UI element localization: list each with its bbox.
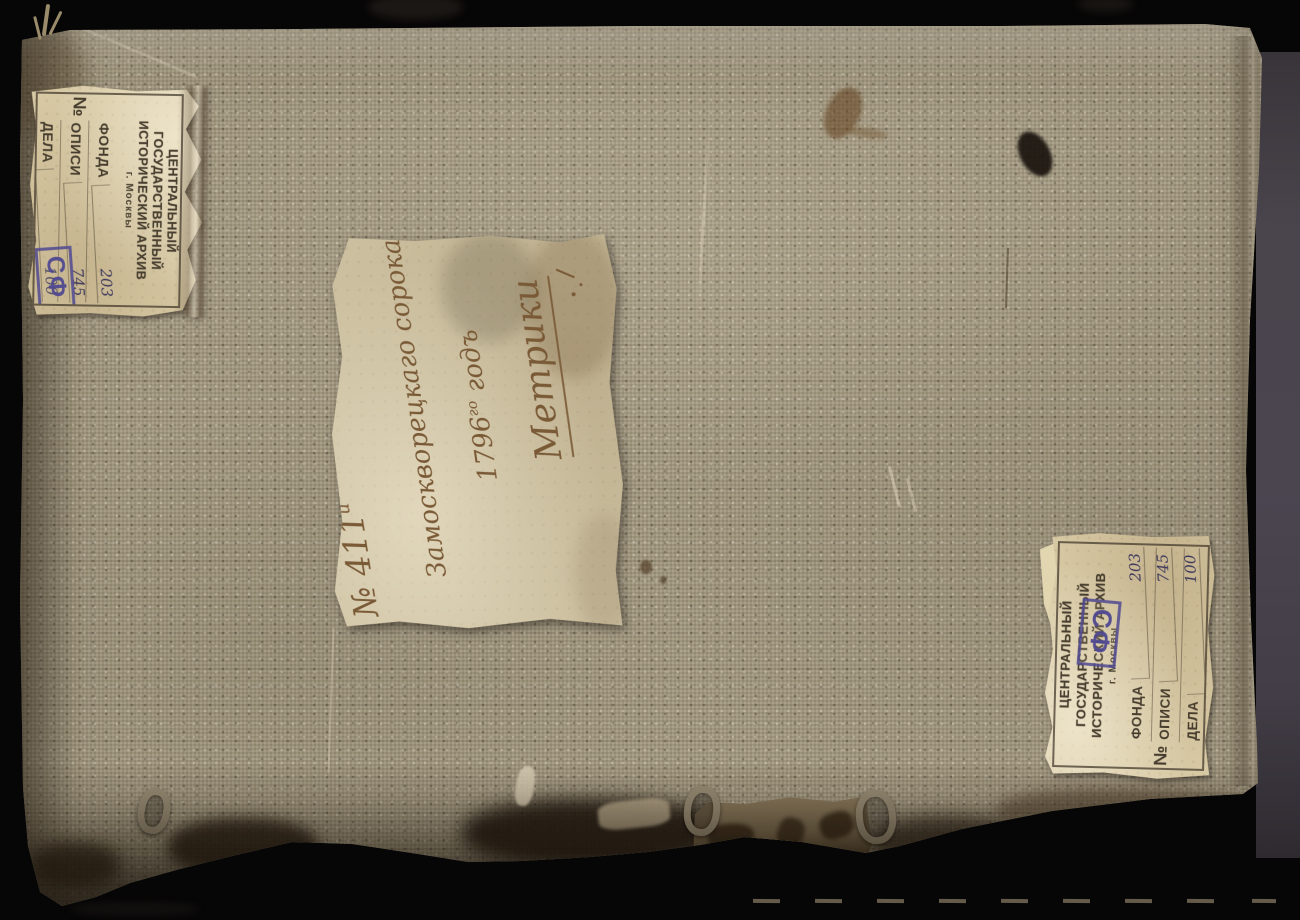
scale-mark bbox=[1187, 899, 1214, 903]
ink-spot bbox=[640, 560, 652, 574]
background-smudge bbox=[70, 903, 200, 915]
scale-mark bbox=[815, 899, 842, 903]
sf-stamp: СФ bbox=[34, 245, 75, 308]
ink-flourish bbox=[579, 283, 582, 286]
delo-row: ДЕЛА 100 bbox=[1178, 548, 1204, 742]
delo-number: 100 bbox=[1180, 548, 1205, 695]
scale-mark bbox=[1252, 899, 1276, 903]
loose-thread bbox=[697, 126, 710, 314]
fond-fields: № ФОНДА 203 ОПИСИ 745 ДЕЛА 100 bbox=[1120, 545, 1208, 769]
frayed-thread bbox=[33, 16, 42, 40]
opis-number: 745 bbox=[1153, 548, 1178, 683]
ink-spot bbox=[660, 576, 667, 584]
fond-row: ФОНДА 203 bbox=[1124, 547, 1149, 741]
archive-label-paper: ЦЕНТРАЛЬНЫЙ ГОСУДАРСТВЕННЫЙ ИСТОРИЧЕСКИЙ… bbox=[1043, 532, 1217, 780]
number-symbol: № bbox=[68, 96, 89, 116]
title-label-paper: № 411й Замоскворецкаго сорока 1796го год… bbox=[329, 233, 626, 630]
label-frame: ЦЕНТРАЛЬНЫЙ ГОСУДАРСТВЕННЫЙ ИСТОРИЧЕСКИЙ… bbox=[32, 92, 184, 309]
fabric-slub bbox=[888, 466, 901, 507]
fabric-slub bbox=[906, 478, 917, 512]
brown-stain bbox=[816, 81, 869, 144]
background-smudge bbox=[1078, 0, 1133, 12]
scale-mark bbox=[753, 899, 780, 903]
archive-label-top-left: ЦЕНТРАЛЬНЫЙ ГОСУДАРСТВЕННЫЙ ИСТОРИЧЕСКИЙ… bbox=[26, 82, 208, 317]
number-symbol: № bbox=[1150, 746, 1172, 767]
brown-stain bbox=[846, 125, 889, 141]
bottom-spine-shadow bbox=[0, 762, 1300, 920]
archive-name: ЦЕНТРАЛЬНЫЙ bbox=[163, 96, 181, 306]
scale-mark bbox=[1125, 899, 1152, 903]
ink-flourish bbox=[572, 292, 576, 296]
label-frame: ЦЕНТРАЛЬНЫЙ ГОСУДАРСТВЕННЫЙ ИСТОРИЧЕСКИЙ… bbox=[1052, 541, 1210, 771]
dark-hole bbox=[1010, 126, 1059, 182]
case-number: № 411й bbox=[329, 499, 386, 620]
fond-row: ФОНДА 203 bbox=[94, 121, 117, 303]
archive-label-paper: ЦЕНТРАЛЬНЫЙ ГОСУДАРСТВЕННЫЙ ИСТОРИЧЕСКИЙ… bbox=[26, 82, 208, 317]
year-line: 1796го годъ bbox=[453, 328, 504, 484]
photo-stage: ЦЕНТРАЛЬНЫЙ ГОСУДАРСТВЕННЫЙ ИСТОРИЧЕСКИЙ… bbox=[0, 0, 1300, 920]
dark-streak bbox=[1005, 248, 1009, 308]
opis-row: ОПИСИ 745 bbox=[1151, 548, 1177, 742]
top-highlight bbox=[0, 22, 1300, 74]
right-edge-crease bbox=[1228, 36, 1258, 786]
frayed-thread bbox=[48, 11, 62, 36]
book-type: Метрики bbox=[504, 275, 574, 463]
backdrop-strip bbox=[1256, 52, 1300, 858]
title-label: № 411й Замоскворецкаго сорока 1796го год… bbox=[329, 233, 626, 630]
fond-number: 203 bbox=[92, 184, 117, 303]
fabric-crease bbox=[327, 628, 334, 773]
scale-mark bbox=[877, 899, 904, 903]
ink-flourish bbox=[556, 269, 575, 279]
district-line: Замоскворецкаго сорока bbox=[376, 237, 453, 579]
scale-mark bbox=[1063, 899, 1090, 903]
background-smudge bbox=[368, 0, 463, 20]
scale-mark bbox=[1001, 899, 1028, 903]
scale-mark bbox=[939, 899, 966, 903]
fond-number: 203 bbox=[1125, 547, 1150, 680]
sf-stamp: СФ bbox=[1076, 598, 1121, 668]
archive-label-bottom-right: ЦЕНТРАЛЬНЫЙ ГОСУДАРСТВЕННЫЙ ИСТОРИЧЕСКИЙ… bbox=[1043, 532, 1217, 780]
